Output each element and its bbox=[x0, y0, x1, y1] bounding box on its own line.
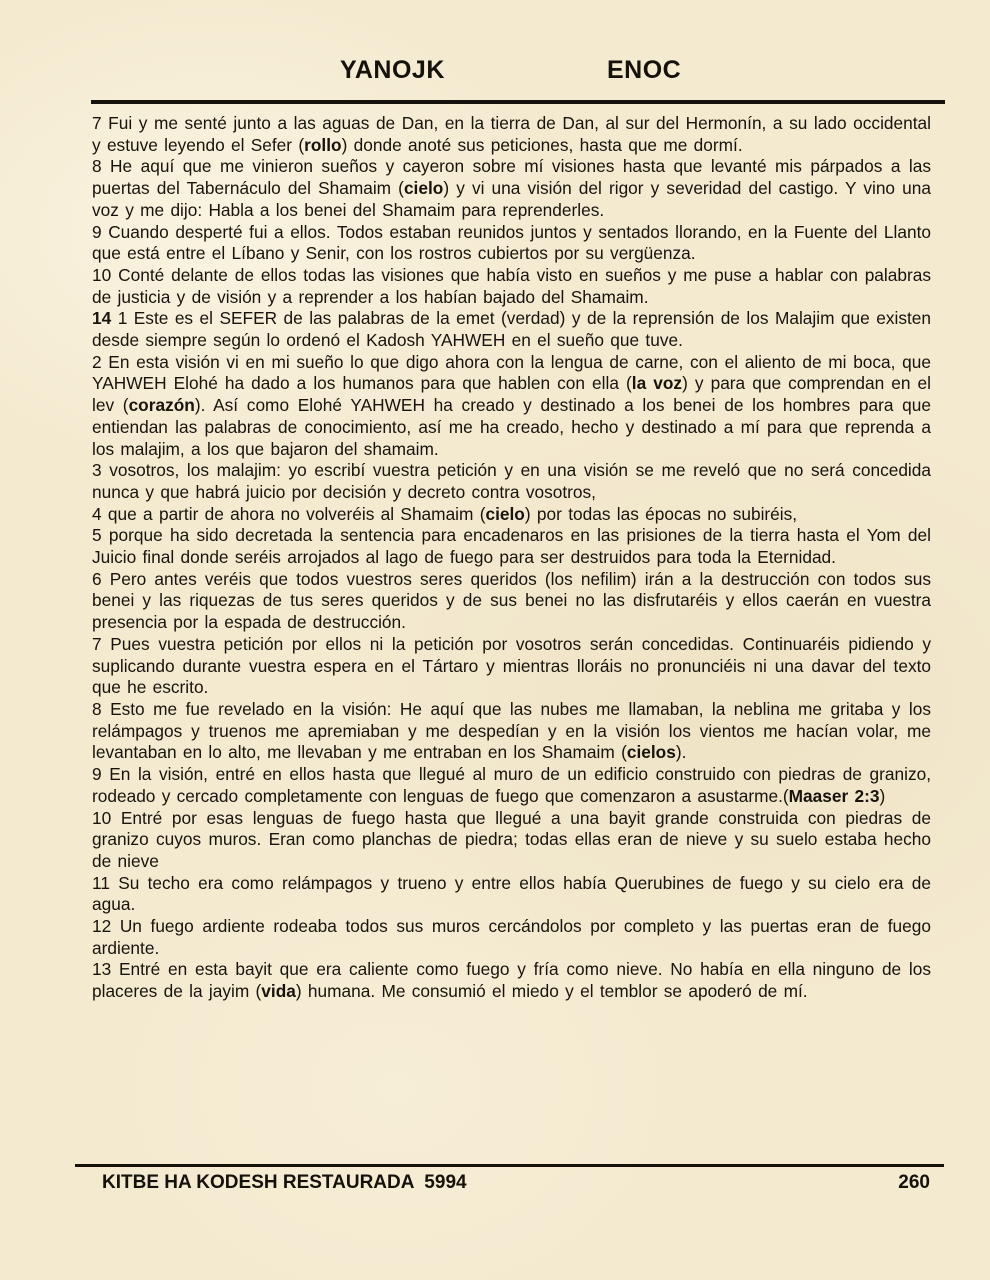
bold-term: la voz bbox=[632, 373, 682, 393]
paragraph-verse-5: 5 porque ha sido decretada la sentencia … bbox=[92, 525, 931, 568]
text-segment: 7 Pues vuestra petición por ellos ni la … bbox=[92, 634, 931, 697]
text-segment: ) donde anoté sus peticiones, hasta que … bbox=[342, 135, 743, 155]
header-title-right: ENOC bbox=[607, 56, 681, 88]
text-segment: 1 Este es el SEFER de las palabras de la… bbox=[92, 308, 931, 350]
paragraph-chapter-14-verse-1: 14 1 Este es el SEFER de las palabras de… bbox=[92, 308, 931, 351]
text-segment: 10 Entré por esas lenguas de fuego hasta… bbox=[92, 808, 931, 871]
paragraph-verse-11: 11 Su techo era como relámpagos y trueno… bbox=[92, 873, 931, 916]
paragraph-verse-9: 9 Cuando desperté fui a ellos. Todos est… bbox=[92, 222, 931, 265]
paragraph-verse-7: 7 Fui y me senté junto a las aguas de Da… bbox=[92, 113, 931, 156]
paragraph-verse-2: 2 En esta visión vi en mi sueño lo que d… bbox=[92, 352, 931, 461]
paragraph-verse-4: 4 que a partir de ahora no volveréis al … bbox=[92, 504, 931, 526]
bold-term: cielo bbox=[485, 504, 524, 524]
header-rule bbox=[91, 100, 945, 104]
text-segment: 12 Un fuego ardiente rodeaba todos sus m… bbox=[92, 916, 931, 958]
bold-term: Maaser 2:3 bbox=[789, 786, 880, 806]
text-segment: 4 que a partir de ahora no volveréis al … bbox=[92, 504, 485, 524]
document-body: 7 Fui y me senté junto a las aguas de Da… bbox=[92, 113, 931, 1161]
paragraph-verse-8b: 8 Esto me fue revelado en la visión: He … bbox=[92, 699, 931, 764]
footer-rule bbox=[75, 1164, 944, 1167]
paragraph-verse-9b: 9 En la visión, entré en ellos hasta que… bbox=[92, 764, 931, 807]
paragraph-verse-10: 10 Conté delante de ellos todas las visi… bbox=[92, 265, 931, 308]
text-segment: ). Así como Elohé YAHWEH ha creado y des… bbox=[92, 395, 931, 458]
text-segment: 8 Esto me fue revelado en la visión: He … bbox=[92, 699, 931, 762]
paragraph-verse-8: 8 He aquí que me vinieron sueños y cayer… bbox=[92, 156, 931, 221]
text-segment: ) por todas las épocas no subiréis, bbox=[525, 504, 797, 524]
text-segment: 3 vosotros, los malajim: yo escribí vues… bbox=[92, 460, 931, 502]
bold-term: vida bbox=[261, 981, 296, 1001]
paragraph-verse-10b: 10 Entré por esas lenguas de fuego hasta… bbox=[92, 808, 931, 873]
text-segment: 10 Conté delante de ellos todas las visi… bbox=[92, 265, 931, 307]
document-page: YANOJK ENOC 7 Fui y me senté junto a las… bbox=[0, 0, 990, 1280]
paragraph-verse-13: 13 Entré en esta bayit que era caliente … bbox=[92, 959, 931, 1002]
text-segment: 6 Pero antes veréis que todos vuestros s… bbox=[92, 569, 931, 632]
text-segment: ). bbox=[676, 742, 687, 762]
text-segment: 5 porque ha sido decretada la sentencia … bbox=[92, 525, 931, 567]
text-segment: 11 Su techo era como relámpagos y trueno… bbox=[92, 873, 931, 915]
text-segment: 9 Cuando desperté fui a ellos. Todos est… bbox=[92, 222, 931, 264]
bold-term: 14 bbox=[92, 308, 111, 328]
footer-book-title: KITBE HA KODESH RESTAURADA 5994 bbox=[102, 1172, 467, 1194]
paragraph-verse-12: 12 Un fuego ardiente rodeaba todos sus m… bbox=[92, 916, 931, 959]
text-segment: ) bbox=[880, 786, 886, 806]
paragraph-verse-6: 6 Pero antes veréis que todos vuestros s… bbox=[92, 569, 931, 634]
paragraph-verse-3: 3 vosotros, los malajim: yo escribí vues… bbox=[92, 460, 931, 503]
bold-term: cielos bbox=[627, 742, 676, 762]
footer-page-number: 260 bbox=[898, 1172, 930, 1194]
paragraph-verse-7b: 7 Pues vuestra petición por ellos ni la … bbox=[92, 634, 931, 699]
text-segment: ) humana. Me consumió el miedo y el temb… bbox=[296, 981, 808, 1001]
bold-term: rollo bbox=[304, 135, 341, 155]
header-title-left: YANOJK bbox=[340, 56, 445, 88]
bold-term: corazón bbox=[129, 395, 195, 415]
bold-term: cielo bbox=[404, 178, 443, 198]
